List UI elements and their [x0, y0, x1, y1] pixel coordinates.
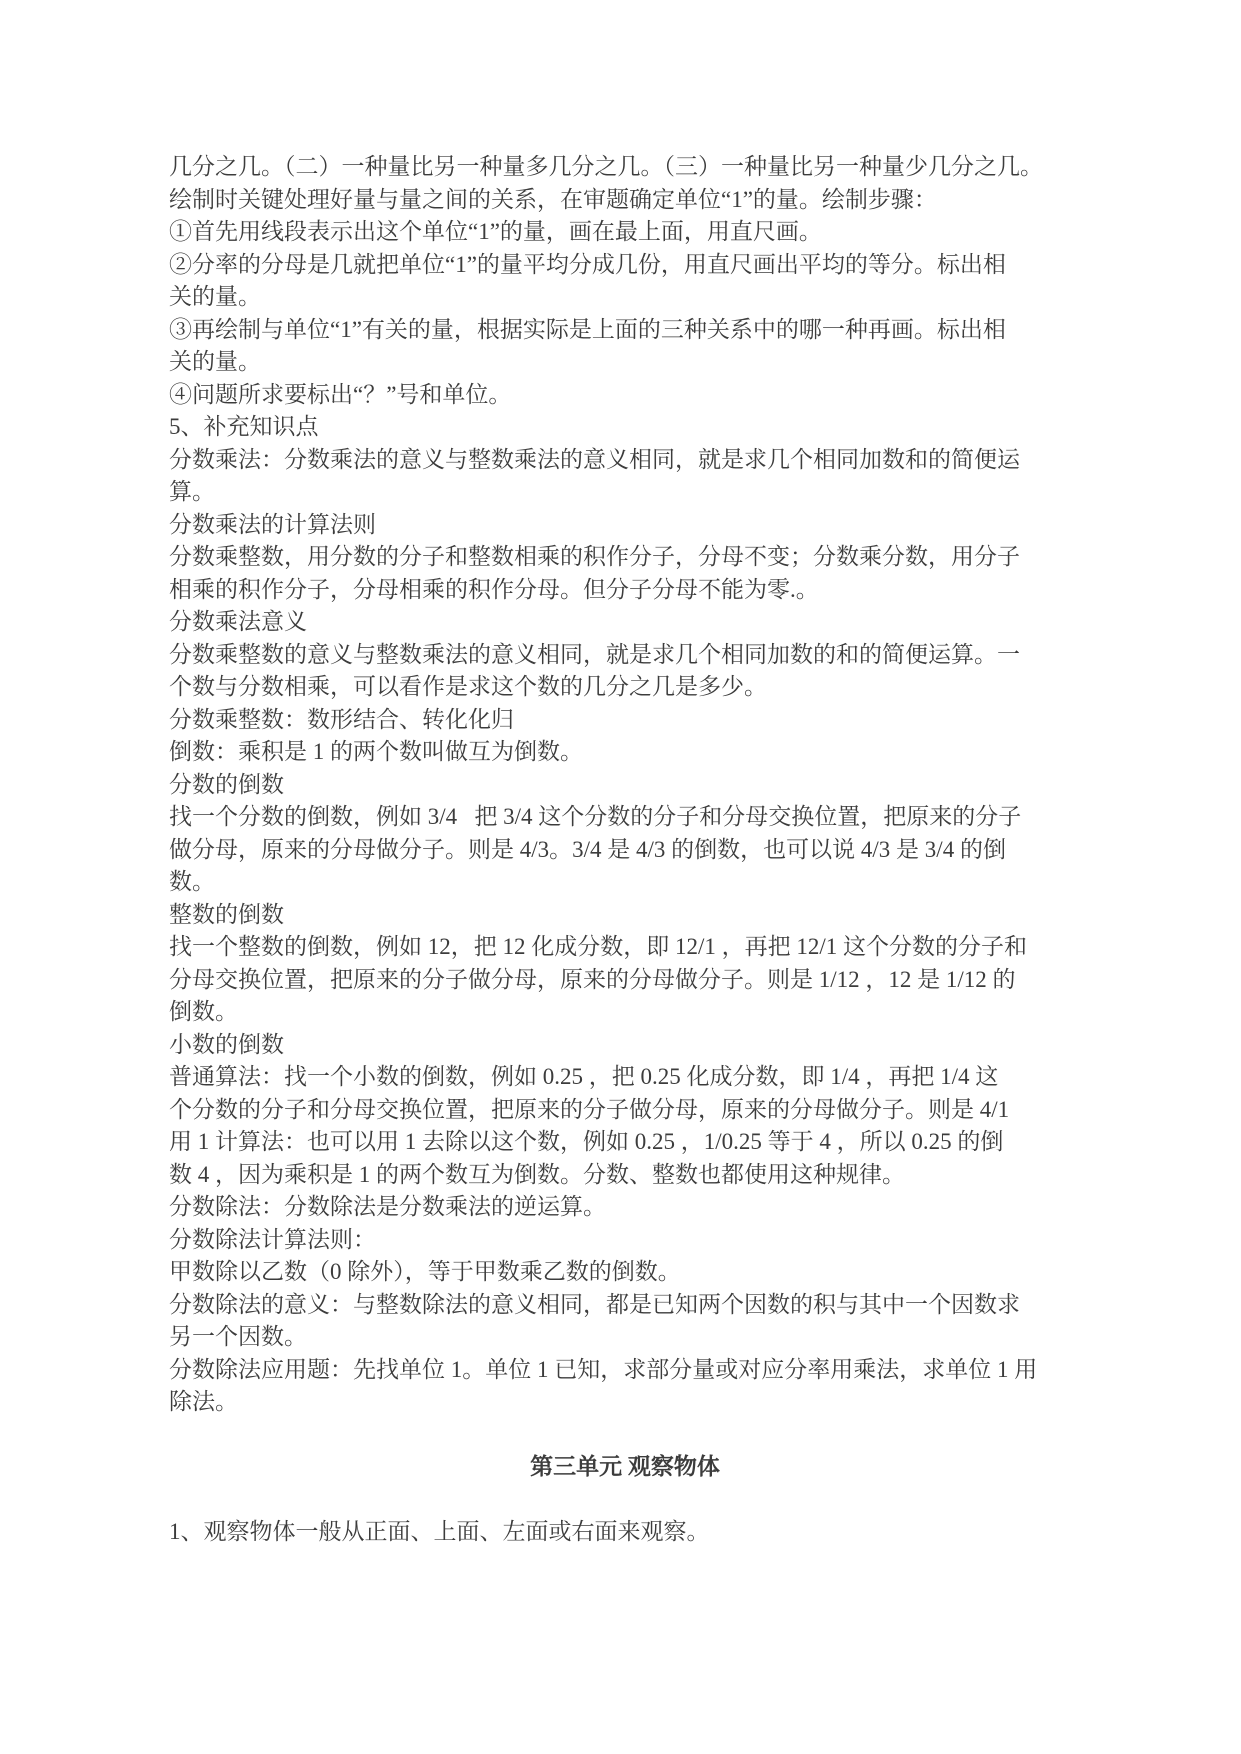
body-text-line: ①首先用线段表示出这个单位“1”的量，画在最上面，用直尺画。: [169, 216, 1081, 249]
section-heading: 第三单元 观察物体: [169, 1451, 1081, 1484]
body-text-line: 分数乘法：分数乘法的意义与整数乘法的意义相同，就是求几个相同加数和的简便运: [169, 444, 1081, 477]
body-text-line: 关的量。: [169, 346, 1081, 379]
body-text-line: 找一个分数的倒数，例如 3/4 把 3/4 这个分数的分子和分母交换位置，把原来…: [169, 801, 1081, 834]
body-text-line: 个分数的分子和分母交换位置，把原来的分子做分母，原来的分母做分子。则是 4/1: [169, 1094, 1081, 1127]
body-text-line: 个数与分数相乘，可以看作是求这个数的几分之几是多少。: [169, 671, 1081, 704]
body-text-line: 分数乘法意义: [169, 606, 1081, 639]
body-text-line: 另一个因数。: [169, 1321, 1081, 1354]
body-text-line: 分数的倒数: [169, 769, 1081, 802]
body-text-block: 几分之几。（二）一种量比另一种量多几分之几。（三）一种量比另一种量少几分之几。绘…: [169, 151, 1081, 1419]
body-text-line: 分数乘法的计算法则: [169, 509, 1081, 542]
body-text-line: 相乘的积作分子，分母相乘的积作分母。但分子分母不能为零.。: [169, 574, 1081, 607]
body-text-line: 倒数。: [169, 996, 1081, 1029]
body-text-line: 关的量。: [169, 281, 1081, 314]
body-text-line: 倒数：乘积是 1 的两个数叫做互为倒数。: [169, 736, 1081, 769]
body-text-line: 数 4 ，因为乘积是 1 的两个数互为倒数。分数、整数也都使用这种规律。: [169, 1159, 1081, 1192]
body-text-line: 整数的倒数: [169, 899, 1081, 932]
blank-line: [169, 1419, 1081, 1452]
body-text-line: ②分率的分母是几就把单位“1”的量平均分成几份，用直尺画出平均的等分。标出相: [169, 249, 1081, 282]
body-text-line: 小数的倒数: [169, 1029, 1081, 1062]
body-text-line: 做分母，原来的分母做分子。则是 4/3。3/4 是 4/3 的倒数，也可以说 4…: [169, 834, 1081, 867]
body-text-line: 分数乘整数，用分数的分子和整数相乘的积作分子，分母不变；分数乘分数，用分子: [169, 541, 1081, 574]
body-text-line: 分数除法应用题：先找单位 1。单位 1 已知，求部分量或对应分率用乘法，求单位 …: [169, 1354, 1081, 1387]
body-text-line: ④问题所求要标出“？”号和单位。: [169, 379, 1081, 412]
body-text-line: 找一个整数的倒数，例如 12，把 12 化成分数，即 12/1 ，再把 12/1…: [169, 931, 1081, 964]
body-text-line: 用 1 计算法：也可以用 1 去除以这个数，例如 0.25 ，1/0.25 等于…: [169, 1126, 1081, 1159]
body-text-line: 分数乘整数的意义与整数乘法的意义相同，就是求几个相同加数的和的简便运算。一: [169, 639, 1081, 672]
body-text-line: 普通算法：找一个小数的倒数，例如 0.25 ，把 0.25 化成分数，即 1/4…: [169, 1061, 1081, 1094]
blank-line: [169, 1484, 1081, 1517]
body-text-line: 分数除法：分数除法是分数乘法的逆运算。: [169, 1191, 1081, 1224]
body-text-line: 几分之几。（二）一种量比另一种量多几分之几。（三）一种量比另一种量少几分之几。: [169, 151, 1081, 184]
body-text-line: 分数除法计算法则：: [169, 1224, 1081, 1257]
body-text-line: 算。: [169, 476, 1081, 509]
closing-text-line: 1、观察物体一般从正面、上面、左面或右面来观察。: [169, 1516, 1081, 1549]
document-content: 几分之几。（二）一种量比另一种量多几分之几。（三）一种量比另一种量少几分之几。绘…: [169, 151, 1081, 1549]
body-text-line: 除法。: [169, 1386, 1081, 1419]
body-text-line: 分数乘整数：数形结合、转化化归: [169, 704, 1081, 737]
body-text-line: 甲数除以乙数（0 除外），等于甲数乘乙数的倒数。: [169, 1256, 1081, 1289]
body-text-line: 5、补充知识点: [169, 411, 1081, 444]
body-text-line: 分母交换位置，把原来的分子做分母，原来的分母做分子。则是 1/12 ，12 是 …: [169, 964, 1081, 997]
body-text-line: 绘制时关键处理好量与量之间的关系，在审题确定单位“1”的量。绘制步骤：: [169, 184, 1081, 217]
document-page: 几分之几。（二）一种量比另一种量多几分之几。（三）一种量比另一种量少几分之几。绘…: [0, 0, 1241, 1754]
body-text-line: 数。: [169, 866, 1081, 899]
body-text-line: ③再绘制与单位“1”有关的量，根据实际是上面的三种关系中的哪一种再画。标出相: [169, 314, 1081, 347]
body-text-line: 分数除法的意义：与整数除法的意义相同，都是已知两个因数的积与其中一个因数求: [169, 1289, 1081, 1322]
